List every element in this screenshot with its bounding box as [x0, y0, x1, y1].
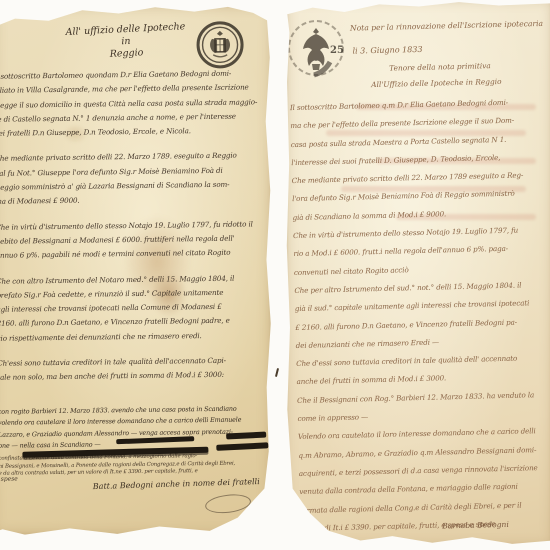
right-page-date: li 3. Giugno 1833	[352, 45, 422, 56]
left-page-heading: All' uffizio delle Ipoteche in Reggio	[50, 20, 202, 63]
right-page-address: All'Uffizio delle Ipoteche in Reggio	[341, 76, 531, 90]
right-document-sheet: 25 Nota per la rinnovazione dell'Iscrizi…	[286, 0, 550, 546]
left-signature: Batt.a Bedogni anche in nome dei fratell…	[93, 477, 273, 491]
manuscript-line: zio rispettivamente dei denunzianti che …	[0, 328, 269, 346]
manuscript-line: dei fratelli D.n Giuseppe, D.n Teodosio,…	[0, 123, 266, 141]
spese-note: spese	[1, 476, 18, 483]
right-page-body: Il sottoscritto Bartolomeo q.m D.r Elia …	[290, 93, 550, 538]
right-page-title: Nota per la rinnovazione dell'Iscrizione…	[350, 18, 550, 33]
manuscript-paragraph: Ch'essi sono tuttavia creditori in tale …	[0, 353, 269, 385]
stray-ink-mark	[275, 368, 279, 377]
right-page-subtitle: Tenore della nota primitiva	[365, 61, 515, 74]
manuscript-line: ma di Modanesi £ 9000.	[0, 192, 267, 210]
notary-seal-stamp	[195, 19, 246, 72]
left-page-addendum: con rogito Barbieri 12. Marzo 1833. aven…	[0, 403, 270, 452]
manuscript-line: annuo 6 p%. pagabili né modi e termini c…	[0, 245, 268, 263]
photograph-background: All' uffizio delle Ipoteche in Reggio Il…	[0, 0, 550, 550]
left-page-boundary-clause: confinata a Levante dalla contrada della…	[0, 452, 271, 478]
manuscript-paragraph: Il sottoscritto Bartolomeo quondam D.r E…	[0, 66, 266, 141]
manuscript-line: tale non solo, ma ben anche dei frutti i…	[0, 368, 269, 386]
left-document-sheet: All' uffizio delle Ipoteche in Reggio Il…	[0, 4, 273, 537]
manuscript-paragraph: Che mediante privato scritto delli 22. M…	[0, 149, 267, 210]
manuscript-paragraph: Che con altro Istrumento del Notaro med.…	[0, 271, 269, 346]
manuscript-paragraph: Che in virtù d'istrumento dello stesso N…	[0, 217, 268, 263]
left-page-body: Il sottoscritto Bartolomeo quondam D.r E…	[0, 66, 270, 396]
pen-flourish	[204, 492, 252, 515]
manuscript-line: one — nella casa in Scandiano —	[0, 437, 270, 452]
